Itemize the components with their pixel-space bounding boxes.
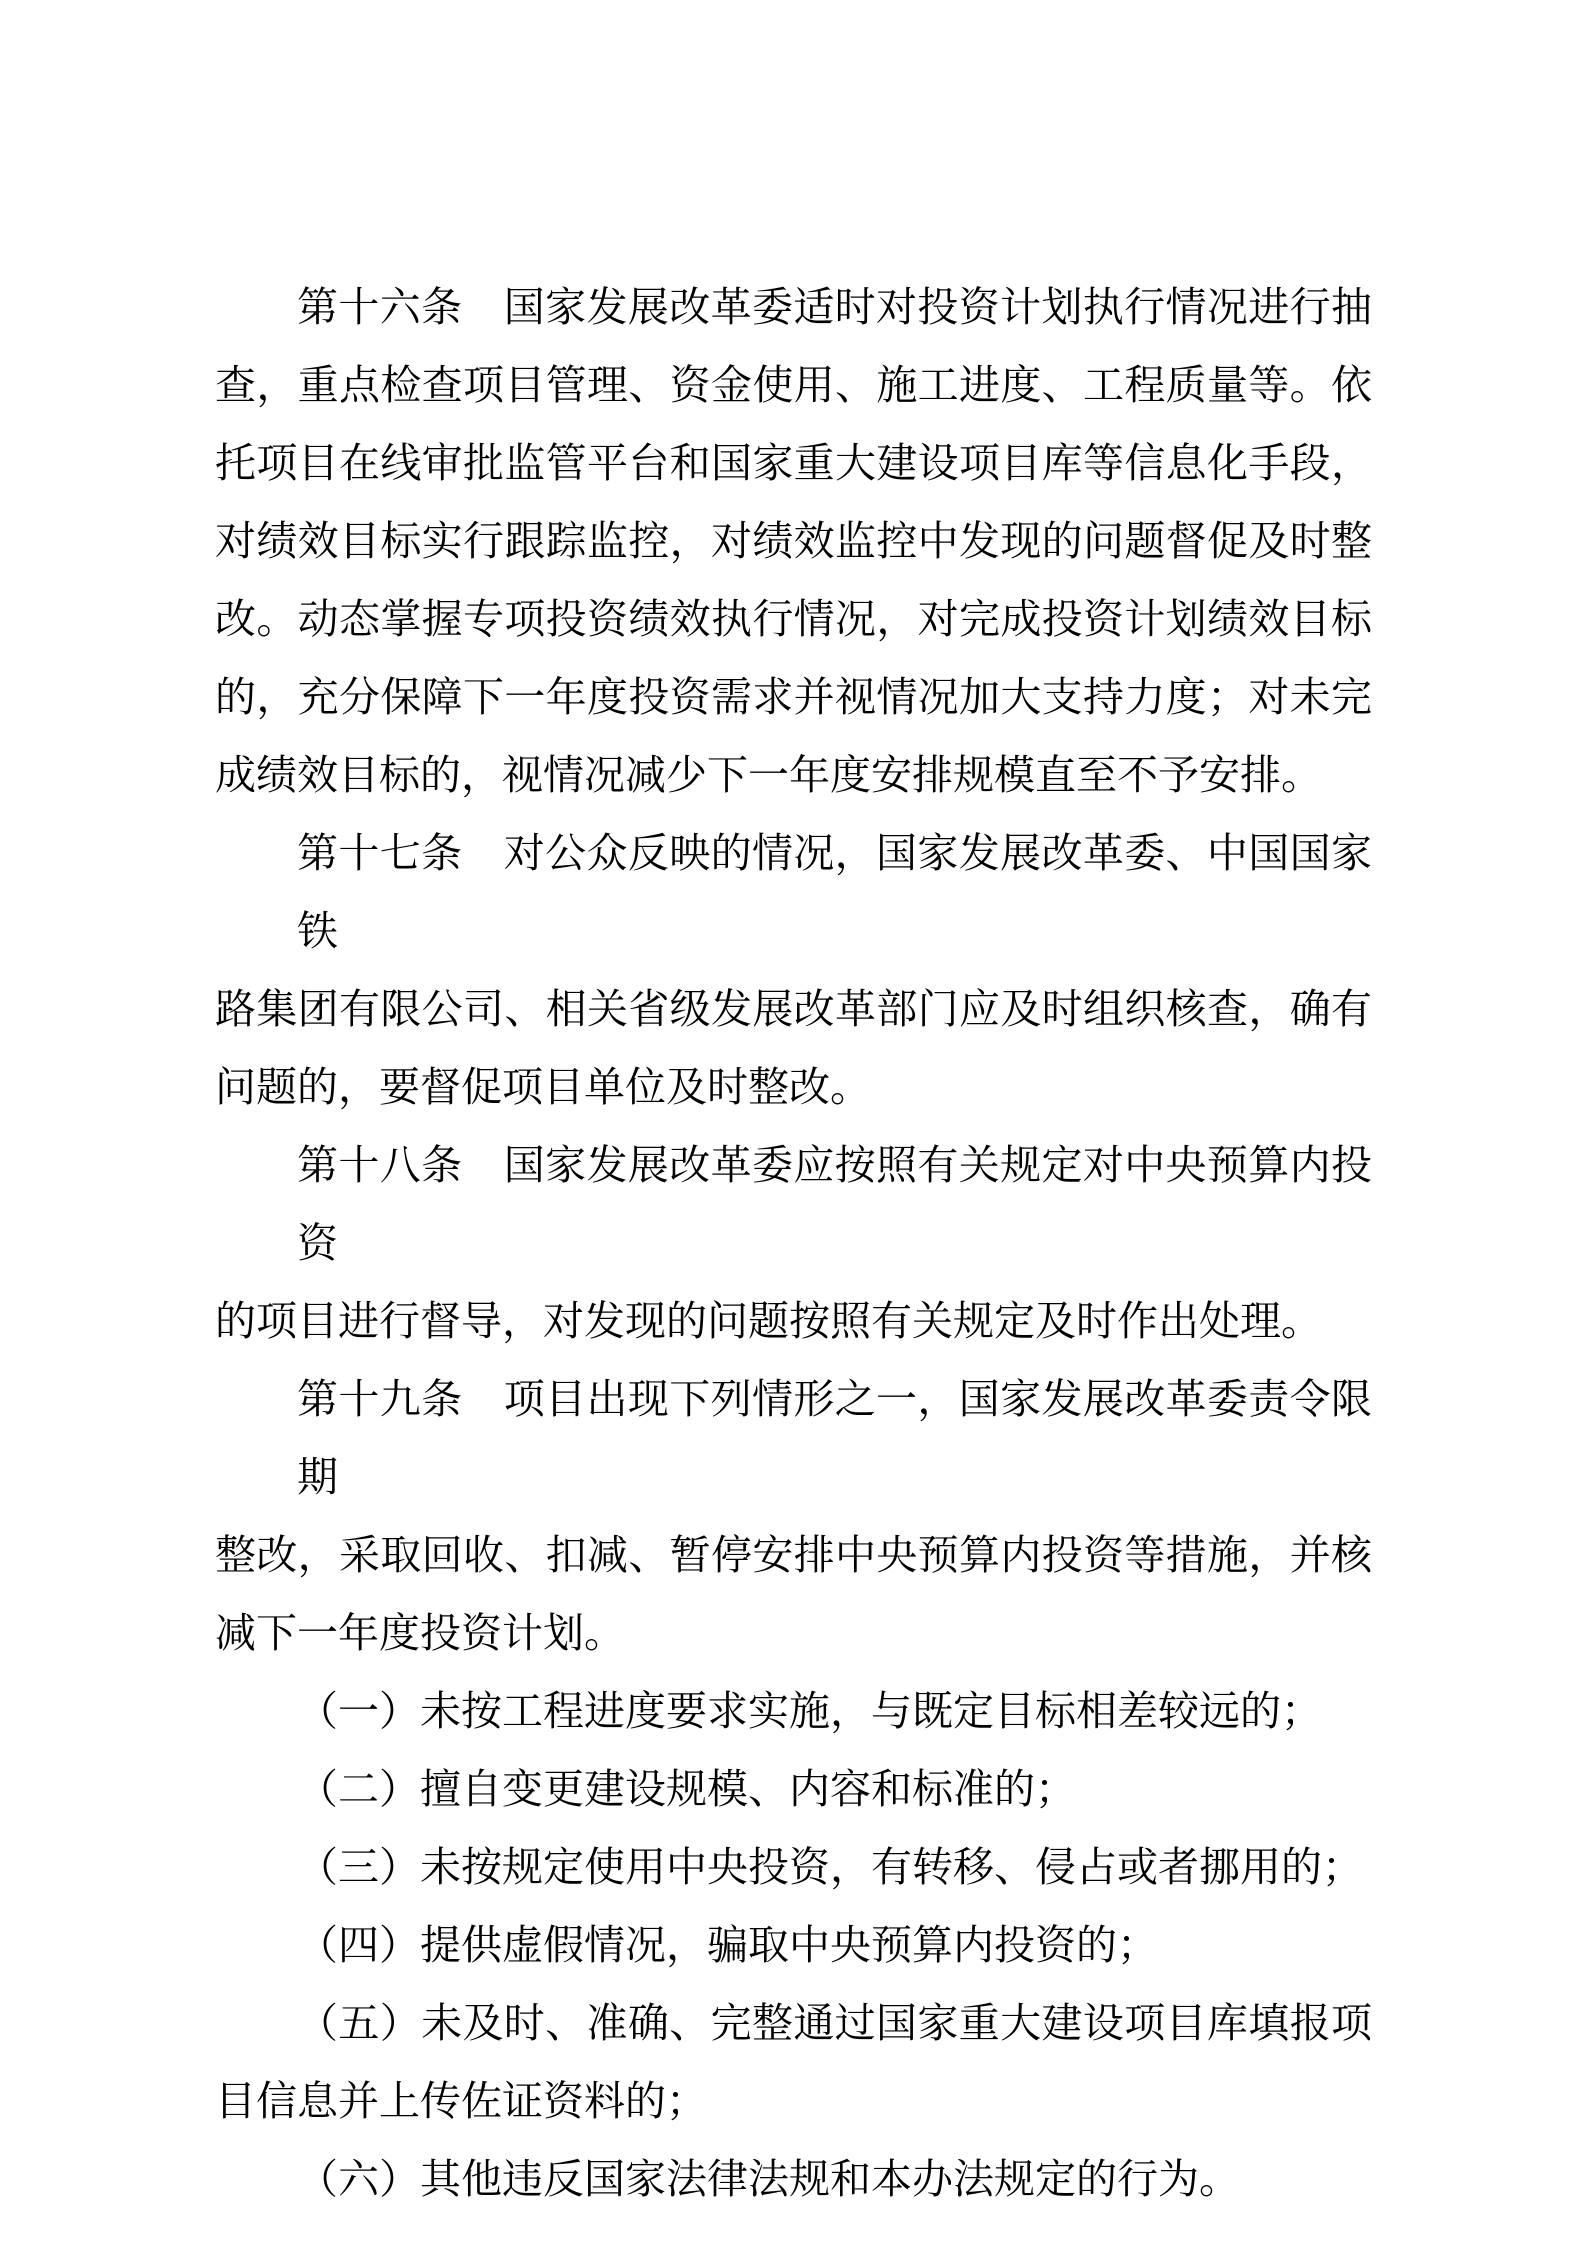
- paragraph: （二）擅自变更建设规模、内容和标准的；: [215, 1750, 1372, 1828]
- paragraph: （四）提供虚假情况，骗取中央预算内投资的；: [215, 1906, 1372, 1984]
- text-line: 整改，采取回收、扣减、暂停安排中央预算内投资等措施，并核: [215, 1516, 1372, 1594]
- document-page: 第十六条 国家发展改革委适时对投资计划执行情况进行抽查，重点检查项目管理、资金使…: [0, 0, 1587, 2245]
- text-line: （六）其他违反国家法律法规和本办法规定的行为。: [215, 2140, 1372, 2218]
- text-line: （二）擅自变更建设规模、内容和标准的；: [215, 1750, 1372, 1828]
- text-line: （五）未及时、准确、完整通过国家重大建设项目库填报项: [215, 1984, 1372, 2062]
- text-line: 路集团有限公司、相关省级发展改革部门应及时组织核查，确有: [215, 970, 1372, 1048]
- paragraph: （六）其他违反国家法律法规和本办法规定的行为。: [215, 2140, 1372, 2218]
- paragraph: 第十六条 国家发展改革委适时对投资计划执行情况进行抽查，重点检查项目管理、资金使…: [215, 268, 1372, 814]
- text-line: 第十七条 对公众反映的情况，国家发展改革委、中国国家铁: [215, 814, 1372, 970]
- document-body: 第十六条 国家发展改革委适时对投资计划执行情况进行抽查，重点检查项目管理、资金使…: [215, 268, 1372, 2218]
- text-line: 第十八条 国家发展改革委应按照有关规定对中央预算内投资: [215, 1126, 1372, 1282]
- text-line: 改。动态掌握专项投资绩效执行情况，对完成投资计划绩效目标: [215, 580, 1372, 658]
- paragraph: （五）未及时、准确、完整通过国家重大建设项目库填报项目信息并上传佐证资料的；: [215, 1984, 1372, 2140]
- paragraph: （一）未按工程进度要求实施，与既定目标相差较远的；: [215, 1672, 1372, 1750]
- text-line: （四）提供虚假情况，骗取中央预算内投资的；: [215, 1906, 1372, 1984]
- paragraph: 第十七条 对公众反映的情况，国家发展改革委、中国国家铁路集团有限公司、相关省级发…: [215, 814, 1372, 1126]
- text-line: 目信息并上传佐证资料的；: [215, 2062, 1372, 2140]
- text-line: 成绩效目标的，视情况减少下一年度安排规模直至不予安排。: [215, 736, 1372, 814]
- text-line: 查，重点检查项目管理、资金使用、施工进度、工程质量等。依: [215, 346, 1372, 424]
- paragraph: （三）未按规定使用中央投资，有转移、侵占或者挪用的；: [215, 1828, 1372, 1906]
- text-line: 托项目在线审批监管平台和国家重大建设项目库等信息化手段，: [215, 424, 1372, 502]
- text-line: （三）未按规定使用中央投资，有转移、侵占或者挪用的；: [215, 1828, 1372, 1906]
- text-line: 第十六条 国家发展改革委适时对投资计划执行情况进行抽: [215, 268, 1372, 346]
- text-line: 减下一年度投资计划。: [215, 1594, 1372, 1672]
- paragraph: 第十八条 国家发展改革委应按照有关规定对中央预算内投资的项目进行督导，对发现的问…: [215, 1126, 1372, 1360]
- text-line: （一）未按工程进度要求实施，与既定目标相差较远的；: [215, 1672, 1372, 1750]
- text-line: 问题的，要督促项目单位及时整改。: [215, 1048, 1372, 1126]
- paragraph: 第十九条 项目出现下列情形之一，国家发展改革委责令限期整改，采取回收、扣减、暂停…: [215, 1360, 1372, 1672]
- text-line: 的，充分保障下一年度投资需求并视情况加大支持力度；对未完: [215, 658, 1372, 736]
- text-line: 的项目进行督导，对发现的问题按照有关规定及时作出处理。: [215, 1282, 1372, 1360]
- text-line: 第十九条 项目出现下列情形之一，国家发展改革委责令限期: [215, 1360, 1372, 1516]
- text-line: 对绩效目标实行跟踪监控，对绩效监控中发现的问题督促及时整: [215, 502, 1372, 580]
